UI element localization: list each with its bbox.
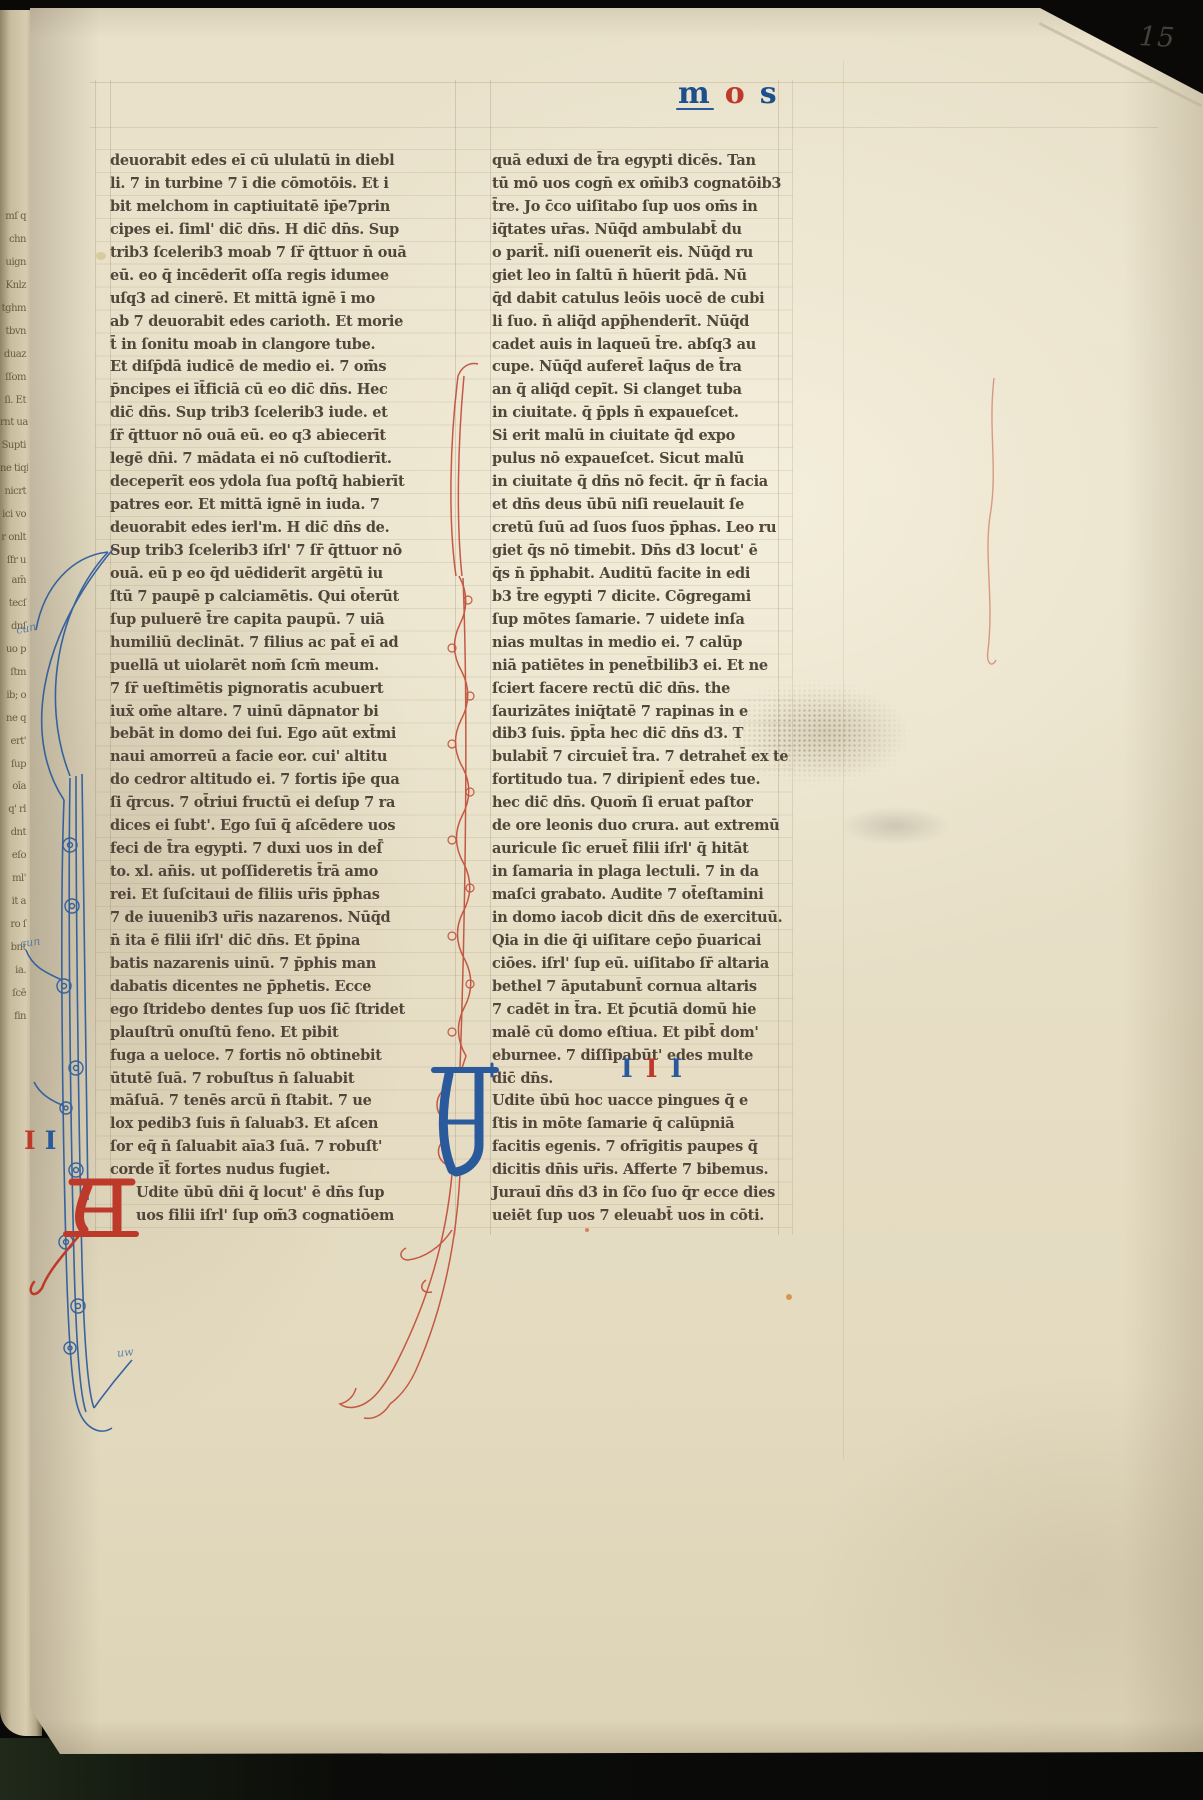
text-line: ab 7 deuorabit edes carioth. Et morie <box>110 311 456 334</box>
text-line: ſſom <box>0 367 26 390</box>
text-line: oīa <box>0 776 26 799</box>
text-line: ouā. eū p eo q̄d uēdiderīt argētū iu <box>110 563 456 586</box>
text-line: rnt ua <box>0 412 26 435</box>
text-line: bethel 7 āputabunt̄ cornua altaris <box>492 976 784 999</box>
rubric-letter: I <box>670 1054 682 1083</box>
rubric-letter: I <box>621 1054 633 1083</box>
text-line: ſup puluerē t̄re capita paupū. 7 uiā <box>110 609 456 632</box>
text-line: ūtutē ſuā. 7 robuſtus n̄ ſaluabit <box>110 1068 456 1091</box>
text-line: li. 7 in turbine 7 ī die cōmotōis. Et i <box>110 173 456 196</box>
text-line: fortitudo tua. 7 diripient̄ edes tue. <box>492 769 784 792</box>
stain-spot <box>786 1294 792 1300</box>
text-line: ici vo <box>0 504 26 527</box>
margin-note: cun <box>19 935 41 951</box>
text-line: ert' <box>0 731 26 754</box>
text-line: eū. eo q̄ incēderīt oſſa regis idumee <box>110 265 456 288</box>
text-line: giet leo in ſaltū n̄ hūerit p̄dā. Nū <box>492 265 784 288</box>
text-line: p̄ncipes ei īt̄ficiā cū eo dic̄ dn̄s. He… <box>110 379 456 402</box>
text-line: humiliū declināt. 7 filius ac pat̄ eī ad <box>110 632 456 655</box>
text-line: Et diſp̄dā iudicē de medio ei. 7 om̄s <box>110 356 456 379</box>
text-line: ſciert facere rectū dic̄ dn̄s. the <box>492 678 784 701</box>
text-line: eſo <box>0 845 26 868</box>
text-line: uſq3 ad cinerē. Et mittā ignē ī mo <box>110 288 456 311</box>
text-column-left: deuorabit edes eī cū ululatū in dieblli.… <box>110 150 456 1228</box>
text-line: ſtū 7 paupē p calciamētis. Qui ot̄erūt <box>110 586 456 609</box>
text-line: ſcē <box>0 983 26 1006</box>
text-line: ſup mōtes ſamarie. 7 uidete inſa <box>492 609 784 632</box>
text-line: q̄d dabit catulus leōis uocē de cubi <box>492 288 784 311</box>
folio-number: 15 <box>1138 21 1176 54</box>
text-line: trib3 ſcelerib3 moab 7 ſr̄ q̄ttuor n̄ ou… <box>110 242 456 265</box>
text-line: dices ei ſubt'. Ego ſuī q̄ aſcēdere uos <box>110 815 456 838</box>
text-line: iux̄ om̄e altare. 7 uinū dāpnator bi <box>110 701 456 724</box>
text-line: do cedror altitudo ei. 7 fortis ip̄e qua <box>110 769 456 792</box>
margin-note: uw <box>116 1345 134 1360</box>
text-line: dic̄ dn̄s. Sup trib3 ſcelerib3 iude. et <box>110 402 456 425</box>
ruling-line-top-2 <box>90 127 1158 128</box>
text-line: ſaurizātes iniq̄tatē 7 rapinas in e <box>492 701 784 724</box>
text-line: Knlz <box>0 275 26 298</box>
text-line: ſtm <box>0 662 26 685</box>
text-line: dnt <box>0 822 26 845</box>
text-line: cupe. Nūq̄d auferet̄ laq̄us de t̄ra <box>492 356 784 379</box>
text-line: ſtis in mōte ſamarie q̄ calūpniā <box>492 1113 784 1136</box>
text-line: ib; o <box>0 685 26 708</box>
text-line: māſuā. 7 tenēs arcū n̄ ſtabit. 7 ue <box>110 1090 456 1113</box>
text-line: ſup <box>0 754 26 777</box>
gutter-text-fragments-top: mſ qchnuignKnlztghmtbvnduazſſomſi. Etrnt… <box>0 206 28 566</box>
text-line: ſi. Et <box>0 390 26 413</box>
running-title-flourish <box>676 108 714 110</box>
text-line: Supti <box>0 435 26 458</box>
text-line: malē cū domo eſtiua. Et pibt̄ dom' <box>492 1022 784 1045</box>
text-line: 7 ſr̄ ueſtimētis pignoratis acubuert <box>110 678 456 701</box>
text-line: Jurauī dn̄s d3 in ſc̄o ſuo q̄r ecce dies <box>492 1182 784 1205</box>
text-line: in ciuitate q̄ dn̄s nō fecit. q̄r n̄ fac… <box>492 471 784 494</box>
text-line: feci de t̄ra egypti. 7 duxi uos in deſ̄ <box>110 838 456 861</box>
text-line: ml' <box>0 868 26 891</box>
text-line: tbvn <box>0 321 26 344</box>
text-line: b3 t̄re egypti 7 dicite. Cōgregami <box>492 586 784 609</box>
text-line: r onlt <box>0 527 26 550</box>
text-line: Udite ūbū hoc uacce pingues q̄ e <box>492 1090 784 1113</box>
text-line: duaz <box>0 344 26 367</box>
text-line: n̄ ita ē filii iſrl' dic̄ dn̄s. Et p̄pin… <box>110 930 456 953</box>
text-line: giet q̄s nō timebit. Dn̄s d3 locut' ē <box>492 540 784 563</box>
text-line: Qia in die q̄i uiſitare cep̄o p̄uaricai <box>492 930 784 953</box>
text-line: it a <box>0 891 26 914</box>
text-line: am̄ <box>0 570 26 593</box>
text-line: in ſamaria in plaga lectuli. 7 in da <box>492 861 784 884</box>
text-line: Si erit malū in ciuitate q̄d expo <box>492 425 784 448</box>
text-line: facitis egenis. 7 ofrīgitis paupes q̄ <box>492 1136 784 1159</box>
text-line: ego ſtridebo dentes ſup uos ſic̄ ſtridet <box>110 999 456 1022</box>
text-line: ia. <box>0 960 26 983</box>
rubric-letter: s <box>760 76 777 111</box>
text-line: pulus nō expaueſcet. Sicut malū <box>492 448 784 471</box>
text-line: ne q <box>0 708 26 731</box>
text-line: tū mō uos cogn̄ ex om̄ib3 cognatōib3 <box>492 173 784 196</box>
text-line: dicitis dn̄is ur̄is. Afferte 7 bibemus. <box>492 1159 784 1182</box>
ruling-line-top-1 <box>90 82 1152 83</box>
text-line: bit melchom in captiuitatē ip̄e7prin <box>110 196 456 219</box>
text-line: auricule ſic eruet̄ filii iſrl' q̄ hitāt <box>492 838 784 861</box>
text-line: nias multas in medio ei. 7 calūp <box>492 632 784 655</box>
text-line: uo p <box>0 639 26 662</box>
text-line: q̄s n̄ p̄phabit. Auditū facite in edi <box>492 563 784 586</box>
text-line: an q̄ aliq̄d cepīt. Si clanget tuba <box>492 379 784 402</box>
ruling-vertical <box>490 80 491 1235</box>
chapter-marker-iii: III <box>621 1054 682 1083</box>
text-line: Sup trib3 ſcelerib3 iſrl' 7 ſr̄ q̄ttuor … <box>110 540 456 563</box>
text-line: patres eor. Et mittā ignē in iuda. 7 <box>110 494 456 517</box>
text-line: batis nazarenis uinū. 7 p̄phis man <box>110 953 456 976</box>
text-line: in ciuitate. q̄ p̄pls n̄ expaueſcet. <box>492 402 784 425</box>
text-line: ro ſ <box>0 914 26 937</box>
text-line: tghm <box>0 298 26 321</box>
text-line: plauſtrū onuſtū feno. Et pibit <box>110 1022 456 1045</box>
text-line: to. xl. an̄is. ut poſſideretis t̄rā amo <box>110 861 456 884</box>
text-line: tecſ <box>0 593 26 616</box>
stain-spot <box>96 252 106 260</box>
text-line: quā eduxi de t̄ra egypti dicēs. Tan <box>492 150 784 173</box>
text-line: niā patiētes in penet̄bilib3 ei. Et ne <box>492 655 784 678</box>
rubric-letter: o <box>725 76 745 111</box>
text-line: t̄ in ſonitu moab in clangore tube. <box>110 334 456 357</box>
chapter-marker-ii: II <box>24 1126 56 1155</box>
text-line: bebāt in domo dei ſui. Ego aūt ext̄mi <box>110 723 456 746</box>
text-line: ſr̄ q̄ttuor nō ouā eū. eo q3 abiecerīt <box>110 425 456 448</box>
text-line: cadet auis in laqueū t̄re. abſq3 au <box>492 334 784 357</box>
rubric-letter: I <box>24 1126 36 1155</box>
text-line: ſfr u <box>0 550 26 566</box>
text-line: 7 de iuuenib3 ur̄is nazarenos. Nūq̄d <box>110 907 456 930</box>
text-line: hec dic̄ dn̄s. Quom̄ ſi eruat paſtor <box>492 792 784 815</box>
text-line: de ore leonis duo crura. aut extremū <box>492 815 784 838</box>
rubric-letter: I <box>646 1054 658 1083</box>
text-line: ciōes. iſrl' ſup eū. uiſitabo ſr̄ altari… <box>492 953 784 976</box>
text-line: dabatis dicentes ne p̄phetis. Ecce <box>110 976 456 999</box>
stain-spot <box>585 1228 589 1232</box>
text-line: naui amorreū a facie eor. cui' altitu <box>110 746 456 769</box>
text-line: cretū ſuū ad ſuos ſuos p̄phas. Leo ru <box>492 517 784 540</box>
text-line: deceperīt eos ydola ſua poſtq̄ habierīt <box>110 471 456 494</box>
running-title: mos <box>678 76 777 111</box>
text-line: 7 cadēt in t̄ra. Et p̄cutiā domū hie <box>492 999 784 1022</box>
text-line: deuorabit edes eī cū ululatū in diebl <box>110 150 456 173</box>
text-line: Udite ūbū dn̄i q̄ locut' ē dn̄s ſup <box>110 1182 456 1205</box>
text-line: q' rl <box>0 799 26 822</box>
text-line: legē dn̄i. 7 mādata ei nō cuſtodierīt. <box>110 448 456 471</box>
text-line: mſ q <box>0 206 26 229</box>
stain-smudge <box>820 800 970 852</box>
rubric-letter: m <box>678 76 710 111</box>
text-line: ſi q̄rcus. 7 ot̄riui fructū ei deſup 7 r… <box>110 792 456 815</box>
text-line: chn <box>0 229 26 252</box>
text-line: lox pedib3 ſuis n̄ ſaluab3. Et aſcen <box>110 1113 456 1136</box>
text-line: dib3 ſuis. p̄pt̄a hec dic̄ dn̄s d3. T <box>492 723 784 746</box>
text-line: cipes ei. ſiml' dic̄ dn̄s. H dic̄ dn̄s. … <box>110 219 456 242</box>
text-line: uos filii iſrl' ſup om̄3 cognatiōem <box>110 1205 456 1228</box>
text-line: bulabit̄ 7 circuiet̄ t̄ra. 7 detrahet̄ e… <box>492 746 784 769</box>
text-line: li ſuo. n̄ aliq̄d app̄henderīt. Nūq̄d <box>492 311 784 334</box>
text-line: et dn̄s deus ūbū niſi reuelauit ſe <box>492 494 784 517</box>
text-line: t̄re. Jo c̄co uiſitabo ſup uos om̄s in <box>492 196 784 219</box>
rubric-letter: I <box>45 1126 57 1155</box>
text-line: ueiēt ſup uos 7 eleuabt̄ uos in cōti. <box>492 1205 784 1228</box>
text-line: rei. Et ſuſcitaui de filiis ur̄is p̄phas <box>110 884 456 907</box>
text-line: nicrt <box>0 481 26 504</box>
text-line: maſci grabato. Audite 7 ot̄eſtamini <box>492 884 784 907</box>
text-line: corde īt̄ fortes nudus fugiet. <box>110 1159 456 1182</box>
text-line: ne tiqi <box>0 458 26 481</box>
text-line: fin <box>0 1006 26 1020</box>
text-line: uign <box>0 252 26 275</box>
text-line: deuorabit edes ierl'm. H dic̄ dn̄s de. <box>110 517 456 540</box>
text-line: o parit̄. niſi ouenerīt eis. Nūq̄d ru <box>492 242 784 265</box>
ruling-vertical <box>792 80 793 1235</box>
gutter-text-fragments-bottom: am̄tecſdnſuo pſtmib; one qert'ſupoīaq' r… <box>0 570 28 1020</box>
text-line: in domo iacob dicit dn̄s de exercituū. <box>492 907 784 930</box>
text-line: fuga a ueloce. 7 fortis nō obtinebit <box>110 1045 456 1068</box>
text-line: iq̄tates ur̄as. Nūq̄d ambulabt̄ du <box>492 219 784 242</box>
text-line: puellā ut uiolarēt nom̄ ſcm̄ meum. <box>110 655 456 678</box>
text-line: ſor eq̄ n̄ ſaluabit aīa3 ſuā. 7 robuſt' <box>110 1136 456 1159</box>
